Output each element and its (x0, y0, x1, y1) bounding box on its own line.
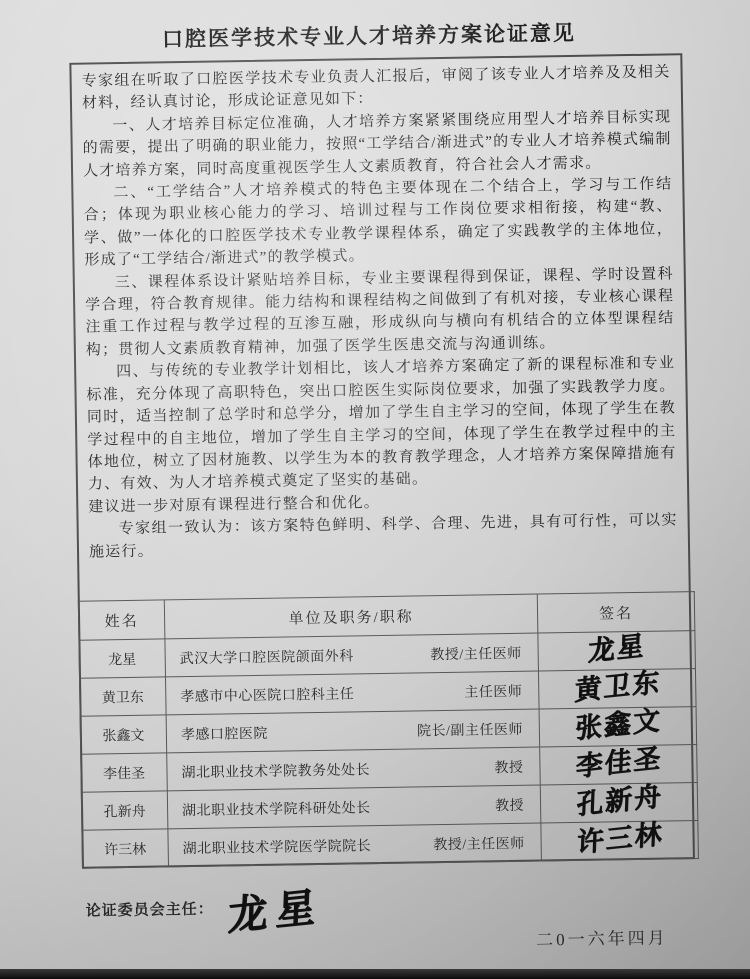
committee-chair-line: 论证委员会主任：龙星 (85, 879, 324, 940)
expert-unit-cell: 湖北职业技术学院科研处处长教授 (168, 794, 540, 820)
expert-unit: 湖北职业技术学院科研处处长 (182, 797, 371, 820)
scanned-document-photo: 口腔医学技术专业人才培养方案论证意见 专家组在听取了口腔医学技术专业负责人汇报后… (0, 0, 750, 979)
expert-unit-cell: 武汉大学口腔医院颌面外科教授/主任医师 (166, 642, 538, 668)
expert-signature: 许三林 (576, 825, 663, 854)
expert-title: 教授/主任医师 (433, 832, 525, 853)
header-signature: 签名 (537, 592, 695, 633)
opinion-paragraph-1: 一、人才培养目标定位准确，人才培养方案紧紧围绕应用型人才培养目标实现的需要，提出… (82, 106, 672, 182)
opinion-paragraph-3: 三、课程体系设计紧贴培养目标，专业主要课程得到保证，课程、学时设置科学合理，符合… (85, 263, 675, 362)
expert-title: 教授 (495, 794, 524, 814)
experts-table: 姓名 单位及职务/职称 签名 龙星 武汉大学口腔医院颌面外科教授/主任医师 龙星… (78, 591, 699, 869)
expert-name: 张鑫文 (80, 715, 167, 754)
expert-signature: 孔新舟 (575, 787, 662, 816)
expert-unit-cell: 孝感市中心医院口腔科主任主任医师 (166, 680, 538, 706)
expert-name: 龙星 (79, 639, 166, 678)
expert-title: 教授/主任医师 (430, 642, 522, 663)
expert-title: 主任医师 (464, 680, 522, 701)
expert-unit: 孝感市中心医院口腔科主任 (180, 683, 354, 706)
photo-bottom-edge (0, 969, 750, 979)
page-title: 口腔医学技术专业人才培养方案论证意见 (0, 14, 744, 56)
document-page: 口腔医学技术专业人才培养方案论证意见 专家组在听取了口腔医学技术专业负责人汇报后… (0, 0, 750, 971)
document-date: 二0一六年四月 (536, 924, 668, 951)
header-name: 姓名 (78, 600, 165, 640)
opinion-conclusion: 专家组一致认为：该方案特色鲜明、科学、合理、先进，具有可行性，可以实施运行。 (89, 509, 679, 563)
header-unit: 单位及职务/职称 (164, 594, 538, 639)
expert-unit: 湖北职业技术学院教务处处长 (181, 759, 370, 782)
expert-signature: 龙星 (587, 636, 645, 662)
committee-chair-label: 论证委员会主任： (86, 902, 214, 920)
expert-unit-cell: 孝感口腔医院院长/副主任医师 (167, 718, 539, 744)
opinion-text: 专家组在听取了口腔医学技术专业负责人汇报后，审阅了该专业人才培养及及相关材料，经… (71, 55, 688, 563)
expert-name: 黄卫东 (80, 677, 167, 716)
expert-signature: 张鑫文 (574, 711, 661, 740)
expert-name: 许三林 (82, 829, 169, 868)
opinion-paragraph-4: 四、与传统的专业教学计划相比，该人才培养方案确定了新的课程标准和专业标准，充分体… (86, 353, 677, 497)
opinion-paragraph-2: 二、“工学结合”人才培养模式的特色主要体现在二个结合上，学习与工作结合；体现为职… (83, 173, 673, 272)
expert-unit-cell: 湖北职业技术学院医学院院长教授/主任医师 (169, 832, 541, 858)
expert-title: 院长/副主任医师 (417, 718, 523, 740)
expert-name: 孔新舟 (81, 791, 168, 830)
expert-name: 李佳圣 (81, 753, 168, 792)
expert-unit: 湖北职业技术学院医学院院长 (183, 835, 372, 858)
committee-chair-signature: 龙星 (227, 875, 325, 942)
expert-signature: 李佳圣 (575, 749, 662, 778)
expert-signature: 黄卫东 (574, 673, 661, 702)
expert-title: 教授 (494, 756, 523, 776)
opinion-box: 专家组在听取了口腔医学技术专业负责人汇报后，审阅了该专业人才培养及及相关材料，经… (69, 53, 695, 869)
expert-unit: 孝感口腔医院 (181, 722, 268, 743)
expert-unit-cell: 湖北职业技术学院教务处处长教授 (167, 756, 539, 782)
expert-unit: 武汉大学口腔医院颌面外科 (180, 645, 354, 668)
